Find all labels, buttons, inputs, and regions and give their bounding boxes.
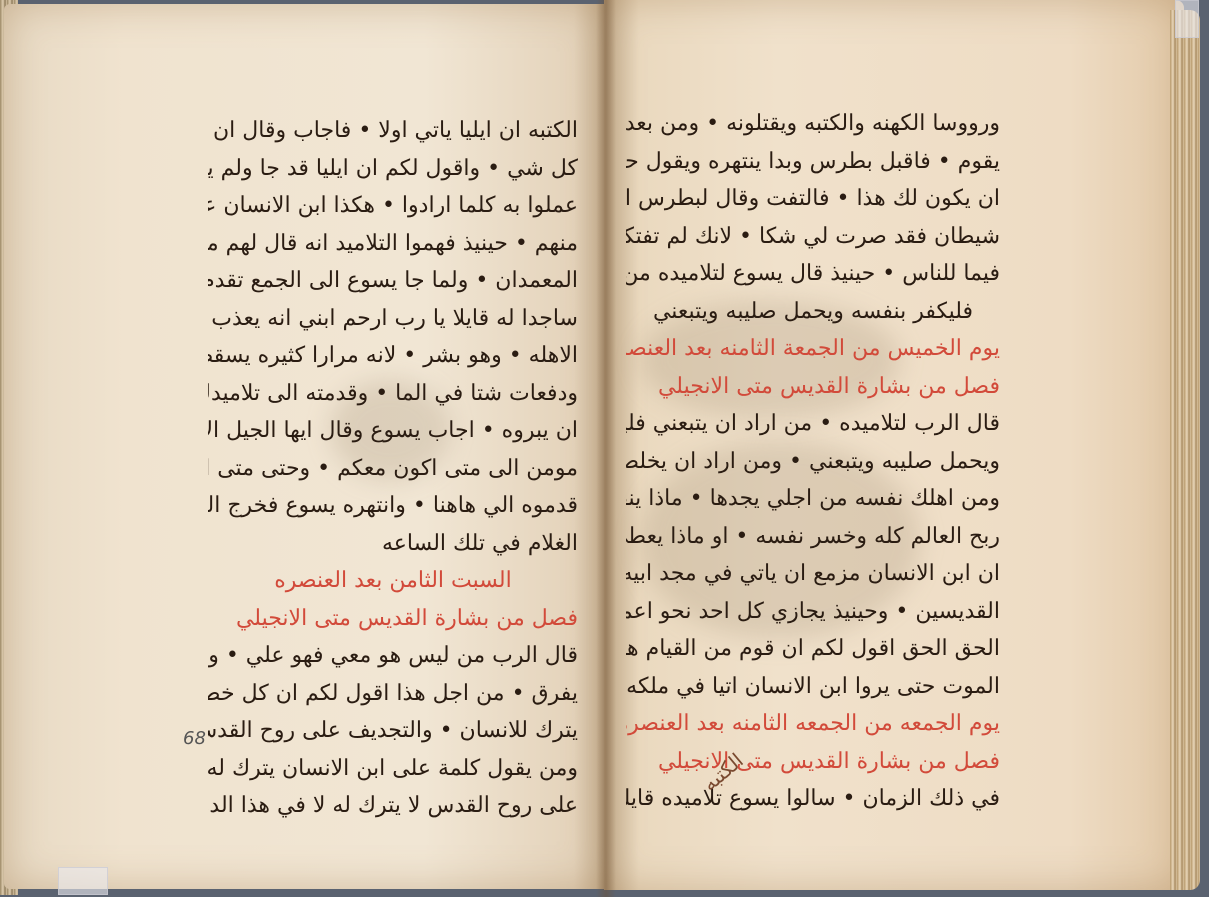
text-line: ان ابن الانسان مزمع ان ياتي في مجد ابيه … <box>626 555 1000 593</box>
text-line: منهم • حينيذ فهموا التلاميد انه قال لهم … <box>208 225 578 263</box>
text-line: ورووسا الكهنه والكتبه ويقتلونه • ومن بعد… <box>626 105 1000 143</box>
text-line: في ذلك الزمان • سالوا يسوع تلاميده قايلي… <box>626 780 1000 818</box>
text-line: شيطان فقد صرت لي شكا • لانك لم تفتكر فيم… <box>626 218 1000 256</box>
text-line: الغلام في تلك الساعه <box>208 525 578 563</box>
text-line: الكتبه ان ايليا ياتي اولا • فاجاب وقال ا… <box>208 112 578 150</box>
text-line: القديسين • وحينيذ يجازي كل احد نحو اعمال… <box>626 593 1000 631</box>
rubric-heading: يوم الجمعه من الجمعه الثامنه بعد العنصره <box>626 705 1000 743</box>
text-line: على روح القدس لا يترك له لا في هذا الدهر… <box>208 787 578 825</box>
rubric-heading: فصل من بشارة القديس متى الانجيلي <box>626 743 1000 781</box>
text-line: ان يبروه • اجاب يسوع وقال ايها الجيل الا… <box>208 412 578 450</box>
text-line: ساجدا له قايلا يا رب ارحم ابني انه يعذب … <box>208 300 578 338</box>
text-line: الاهله • وهو بشر • لانه مرارا كثيره يسقط… <box>208 337 578 375</box>
text-line: المعمدان • ولما جا يسوع الى الجمع تقدم ا… <box>208 262 578 300</box>
text-line: ومن اهلك نفسه من اجلي يجدها • ماذا ينفع … <box>626 480 1000 518</box>
text-line: فليكفر بنفسه ويحمل صليبه ويتبعني <box>626 293 1000 331</box>
text-line: ودفعات شتا في الما • وقدمته الى تلاميدك … <box>208 375 578 413</box>
rubric-heading: فصل من بشارة القديس متى الانجيلي <box>208 600 578 638</box>
right-page-edges <box>1170 10 1200 890</box>
text-line: يقوم • فاقبل بطرس وبدا ينتهره ويقول حاشا… <box>626 143 1000 181</box>
binding-gutter <box>596 0 616 897</box>
rubric-heading: فصل من بشارة القديس متى الانجيلي <box>626 368 1000 406</box>
paper-tab <box>1175 0 1199 38</box>
rubric-heading: السبت الثامن بعد العنصره <box>208 562 578 600</box>
paper-tab <box>58 867 108 895</box>
manuscript-spread: الكتبه ان ايليا ياتي اولا • فاجاب وقال ا… <box>0 0 1209 897</box>
folio-number: 68 <box>183 728 206 749</box>
text-line: مومن الى متى اكون معكم • وحتى متى احتملك… <box>208 450 578 488</box>
text-line: ومن يقول كلمة على ابن الانسان يترك له • … <box>208 750 578 788</box>
text-line: عملوا به كلما ارادوا • هكذا ابن الانسان … <box>208 187 578 225</box>
text-line: فيما للناس • حينيذ قال يسوع لتلاميده من … <box>626 255 1000 293</box>
text-line: الموت حتى يروا ابن الانسان اتيا في ملكه <box>626 668 1000 706</box>
left-page-text: الكتبه ان ايليا ياتي اولا • فاجاب وقال ا… <box>208 112 578 825</box>
right-page-text: ورووسا الكهنه والكتبه ويقتلونه • ومن بعد… <box>626 105 1000 818</box>
text-line: قال الرب لتلاميده • من اراد ان يتبعني فل… <box>626 405 1000 443</box>
text-line: يفرق • من اجل هذا اقول لكم ان كل خطيه وت… <box>208 675 578 713</box>
text-line: قدموه الي هاهنا • وانتهره يسوع فخرج الشي… <box>208 487 578 525</box>
text-line: قال الرب من ليس هو معي فهو علي • ومن لا … <box>208 637 578 675</box>
text-line: الحق الحق اقول لكم ان قوم من القيام هاهن… <box>626 630 1000 668</box>
text-line: ربح العالم كله وخسر نفسه • او ماذا يعطي … <box>626 518 1000 556</box>
text-line: كل شي • واقول لكم ان ايليا قد جا ولم يعر… <box>208 150 578 188</box>
text-line: يترك للانسان • والتجديف على روح القدس لا… <box>208 712 578 750</box>
text-line: ان يكون لك هذا • فالتفت وقال لبطرس اذهب … <box>626 180 1000 218</box>
rubric-heading: يوم الخميس من الجمعة الثامنه بعد العنصره <box>626 330 1000 368</box>
text-line: ويحمل صليبه ويتبعني • ومن اراد ان يخلص ن… <box>626 443 1000 481</box>
